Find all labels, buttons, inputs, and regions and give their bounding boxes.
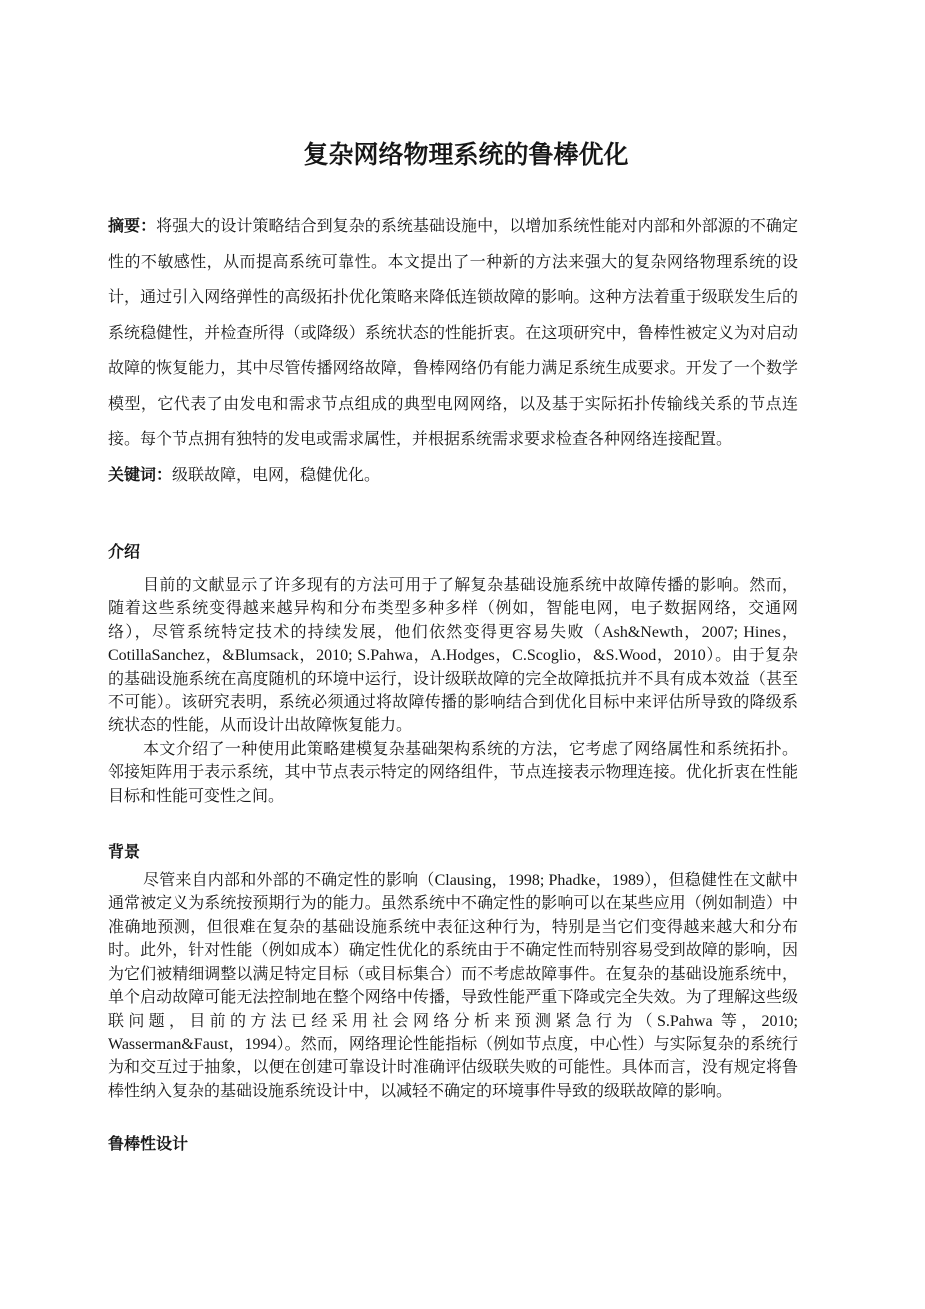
page-title: 复杂网络物理系统的鲁棒优化 [108,138,798,172]
section-heading-introduction: 介绍 [108,541,798,565]
section-heading-background: 背景 [108,841,798,865]
abstract-text: 将强大的设计策略结合到复杂的系统基础设施中，以增加系统性能对内部和外部源的不确定… [108,218,798,448]
keywords-line: 关键词：级联故障，电网，稳健优化。 [108,458,798,494]
section-heading-robust-design: 鲁棒性设计 [108,1133,798,1157]
keywords-text: 级联故障，电网，稳健优化。 [172,467,380,484]
background-paragraph-1: 尽管来自内部和外部的不确定性的影响（Clausing，1998; Phadke，… [108,869,798,1103]
introduction-paragraph-2: 本文介绍了一种使用此策略建模复杂基础架构系统的方法，它考虑了网络属性和系统拓扑。… [108,738,798,808]
document-page: 复杂网络物理系统的鲁棒优化 摘要：将强大的设计策略结合到复杂的系统基础设施中，以… [0,0,925,1309]
abstract-paragraph: 摘要：将强大的设计策略结合到复杂的系统基础设施中，以增加系统性能对内部和外部源的… [108,209,798,458]
introduction-paragraph-1: 目前的文献显示了许多现有的方法可用于了解复杂基础设施系统中故障传播的影响。然而，… [108,574,798,738]
abstract-label: 摘要： [108,218,156,235]
keywords-label: 关键词： [108,467,172,484]
